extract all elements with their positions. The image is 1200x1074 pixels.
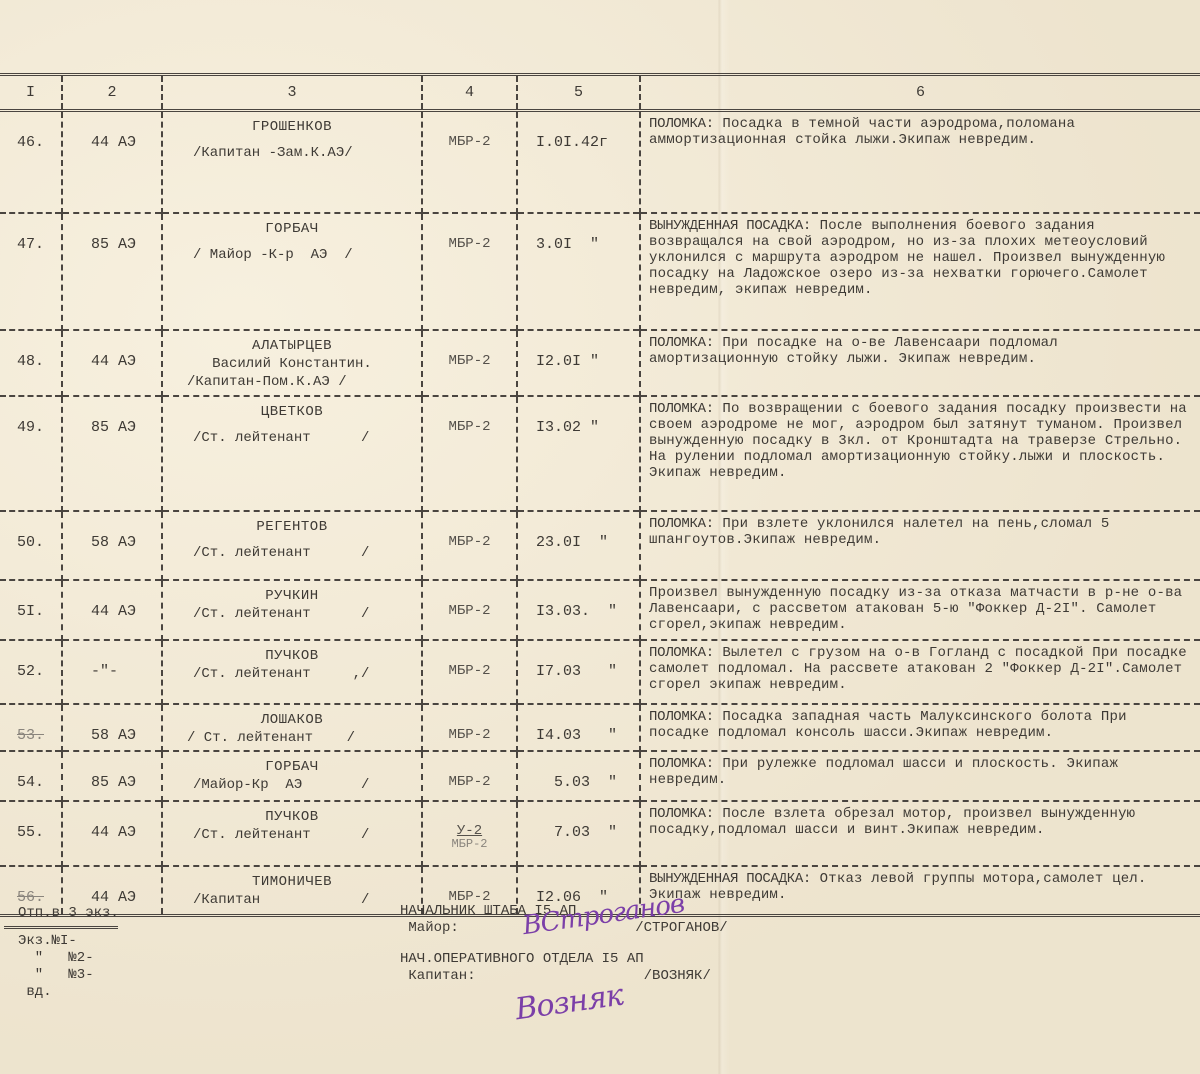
description: Произвел вынужденную посадку из-за отказ… [640,580,1200,640]
aircraft-corrected: У-2 [423,824,516,838]
description: ПОЛОМКА: Посадка западная часть Малуксин… [640,704,1200,751]
person: ГОРБАЧ /Майор-Кр АЭ / [162,751,422,801]
row-number: 50. [0,511,62,580]
surname: ГОРБАЧ [163,220,421,238]
table-row: 55. 44 АЭ ПУЧКОВ /Ст. лейтенант / У-2 МБ… [0,801,1200,866]
col-header-5: 5 [517,75,640,111]
incident-table: I 2 3 4 5 6 46. 44 АЭ ГРОШЕНКОВ /Капитан… [0,73,1200,917]
rank: /Ст. лейтенант ,/ [163,665,421,683]
aircraft: МБР-2 [422,640,517,704]
surname: АЛАТЫРЦЕВ [163,337,421,355]
description: ПОЛОМКА: При рулежке подломал шасси и пл… [640,751,1200,801]
date: I.0I.42г [517,111,640,213]
table-row: 50. 58 АЭ РЕГЕНТОВ /Ст. лейтенант / МБР-… [0,511,1200,580]
row-number: 52. [0,640,62,704]
rank: / Ст. лейтенант / [163,729,421,747]
unit: -"- [62,640,162,704]
table-row: 5I. 44 АЭ РУЧКИН /Ст. лейтенант / МБР-2 … [0,580,1200,640]
date: I3.02 " [517,396,640,511]
date: I4.03 " [517,704,640,751]
copies-title: Отп.в 3 экз. [18,905,119,922]
incident-type: ПОЛОМКА: [649,709,714,725]
col-header-6: 6 [640,75,1200,111]
table-row: 52. -"- ПУЧКОВ /Ст. лейтенант ,/ МБР-2 I… [0,640,1200,704]
rank: /Ст. лейтенант / [163,544,421,562]
document-page: I 2 3 4 5 6 46. 44 АЭ ГРОШЕНКОВ /Капитан… [0,0,1200,1074]
incident-text: Произвел вынужденную посадку из-за отказ… [649,585,1182,633]
aircraft-struck: МБР-2 [423,838,516,850]
person: РУЧКИН /Ст. лейтенант / [162,580,422,640]
date: 5.03 " [517,751,640,801]
rank: / Майор -К-р АЭ / [163,246,421,264]
rank: /Ст. лейтенант / [163,826,421,844]
aircraft: МБР-2 [422,396,517,511]
row-number: 53. [0,704,62,751]
date: I2.0I " [517,330,640,396]
incident-type: ПОЛОМКА: [649,335,714,351]
person: ЛОШАКОВ / Ст. лейтенант / [162,704,422,751]
unit: 44 АЭ [62,580,162,640]
description: ВЫНУЖДЕННАЯ ПОСАДКА: После выполнения бо… [640,213,1200,330]
person: ТИМОНИЧЕВ /Капитан / [162,866,422,916]
rank: /Капитан / [163,891,421,909]
incident-text: По возвращении с боевого задания посадку… [649,401,1187,481]
incident-type: ПОЛОМКА: [649,756,714,772]
copy-line: " №2- [18,950,119,967]
person: АЛАТЫРЦЕВ Василий Константин. /Капитан-П… [162,330,422,396]
person: ЦВЕТКОВ /Ст. лейтенант / [162,396,422,511]
table-row: 48. 44 АЭ АЛАТЫРЦЕВ Василий Константин. … [0,330,1200,396]
description: ПОЛОМКА: По возвращении с боевого задани… [640,396,1200,511]
rank: /Ст. лейтенант / [163,605,421,623]
person: РЕГЕНТОВ /Ст. лейтенант / [162,511,422,580]
surname: РЕГЕНТОВ [163,518,421,536]
date: 7.03 " [517,801,640,866]
rank: /Капитан -Зам.К.АЭ/ [163,144,421,162]
handwritten-signature-voznyak: Возняк [513,978,625,1028]
copies-note: Отп.в 3 экз. Экз.№I- " №2- " №3- вд. [18,905,119,1001]
description: ПОЛОМКА: При взлете уклонился налетел на… [640,511,1200,580]
surname: РУЧКИН [163,587,421,605]
unit: 58 АЭ [62,511,162,580]
aircraft: МБР-2 [422,580,517,640]
col-header-4: 4 [422,75,517,111]
aircraft: МБР-2 [422,704,517,751]
surname: ГРОШЕНКОВ [163,118,421,136]
table-row: 54. 85 АЭ ГОРБАЧ /Майор-Кр АЭ / МБР-2 5.… [0,751,1200,801]
row-number: 46. [0,111,62,213]
table-row: 47. 85 АЭ ГОРБАЧ / Майор -К-р АЭ / МБР-2… [0,213,1200,330]
table-row: 46. 44 АЭ ГРОШЕНКОВ /Капитан -Зам.К.АЭ/ … [0,111,1200,213]
aircraft: МБР-2 [422,751,517,801]
unit: 85 АЭ [62,751,162,801]
incident-text: Вылетел с грузом на о-в Гогланд с посадк… [649,645,1187,693]
rank: /Майор-Кр АЭ / [163,776,421,794]
description: ПОЛОМКА: После взлета обрезал мотор, про… [640,801,1200,866]
surname: ГОРБАЧ [163,758,421,776]
col-header-2: 2 [62,75,162,111]
description: ПОЛОМКА: Вылетел с грузом на о-в Гогланд… [640,640,1200,704]
date: 23.0I " [517,511,640,580]
date: 3.0I " [517,213,640,330]
row-number: 55. [0,801,62,866]
row-number: 47. [0,213,62,330]
rank: /Капитан-Пом.К.АЭ / [163,373,421,391]
unit: 44 АЭ [62,801,162,866]
surname: ЦВЕТКОВ [163,403,421,421]
table-row: 53. 58 АЭ ЛОШАКОВ / Ст. лейтенант / МБР-… [0,704,1200,751]
person: ГОРБАЧ / Майор -К-р АЭ / [162,213,422,330]
table-row: 49. 85 АЭ ЦВЕТКОВ /Ст. лейтенант / МБР-2… [0,396,1200,511]
incident-text: После взлета обрезал мотор, произвел вын… [649,806,1135,838]
description: ПОЛОМКА: При посадке на о-ве Лавенсаари … [640,330,1200,396]
rank: /Ст. лейтенант / [163,429,421,447]
incident-text: При взлете уклонился налетел на пень,сло… [649,516,1109,548]
unit: 44 АЭ [62,111,162,213]
person: ПУЧКОВ /Ст. лейтенант / [162,801,422,866]
copy-line: вд. [18,984,119,1001]
unit: 44 АЭ [62,330,162,396]
incident-type: ВЫНУЖДЕННАЯ ПОСАДКА: [649,218,811,234]
copy-line: " №3- [18,967,119,984]
col-header-1: I [0,75,62,111]
surname: ПУЧКОВ [163,647,421,665]
aircraft: МБР-2 [422,330,517,396]
surname: ПУЧКОВ [163,808,421,826]
incident-type: ПОЛОМКА: [649,116,714,132]
row-number: 49. [0,396,62,511]
given-name: Василий Константин. [163,355,421,373]
date: I3.03. " [517,580,640,640]
col-header-3: 3 [162,75,422,111]
person: ПУЧКОВ /Ст. лейтенант ,/ [162,640,422,704]
surname: ТИМОНИЧЕВ [163,873,421,891]
incident-type: ПОЛОМКА: [649,806,714,822]
unit: 58 АЭ [62,704,162,751]
incident-text: При рулежке подломал шасси и плоскость. … [649,756,1118,788]
date: I7.03 " [517,640,640,704]
double-rule [4,926,118,929]
incident-type: ВЫНУЖДЕННАЯ ПОСАДКА: [649,871,811,887]
unit: 85 АЭ [62,396,162,511]
incident-type: ПОЛОМКА: [649,645,714,661]
aircraft: МБР-2 [422,511,517,580]
aircraft: МБР-2 [422,213,517,330]
incident-text: Посадка западная часть Малуксинского бол… [649,709,1127,741]
incident-type: ПОЛОМКА: [649,516,714,532]
aircraft: МБР-2 [422,111,517,213]
row-number: 54. [0,751,62,801]
ops-chief-title: НАЧ.ОПЕРАТИВНОГО ОТДЕЛА I5 АП [400,951,728,968]
incident-type: ПОЛОМКА: [649,401,714,417]
row-number: 5I. [0,580,62,640]
header-row: I 2 3 4 5 6 [0,75,1200,111]
surname: ЛОШАКОВ [163,711,421,729]
description: ПОЛОМКА: Посадка в темной части аэродром… [640,111,1200,213]
copy-line: Экз.№I- [18,933,119,950]
row-number: 48. [0,330,62,396]
person: ГРОШЕНКОВ /Капитан -Зам.К.АЭ/ [162,111,422,213]
aircraft: У-2 МБР-2 [422,801,517,866]
unit: 85 АЭ [62,213,162,330]
ops-chief-name: Капитан: /ВОЗНЯК/ [400,968,728,985]
